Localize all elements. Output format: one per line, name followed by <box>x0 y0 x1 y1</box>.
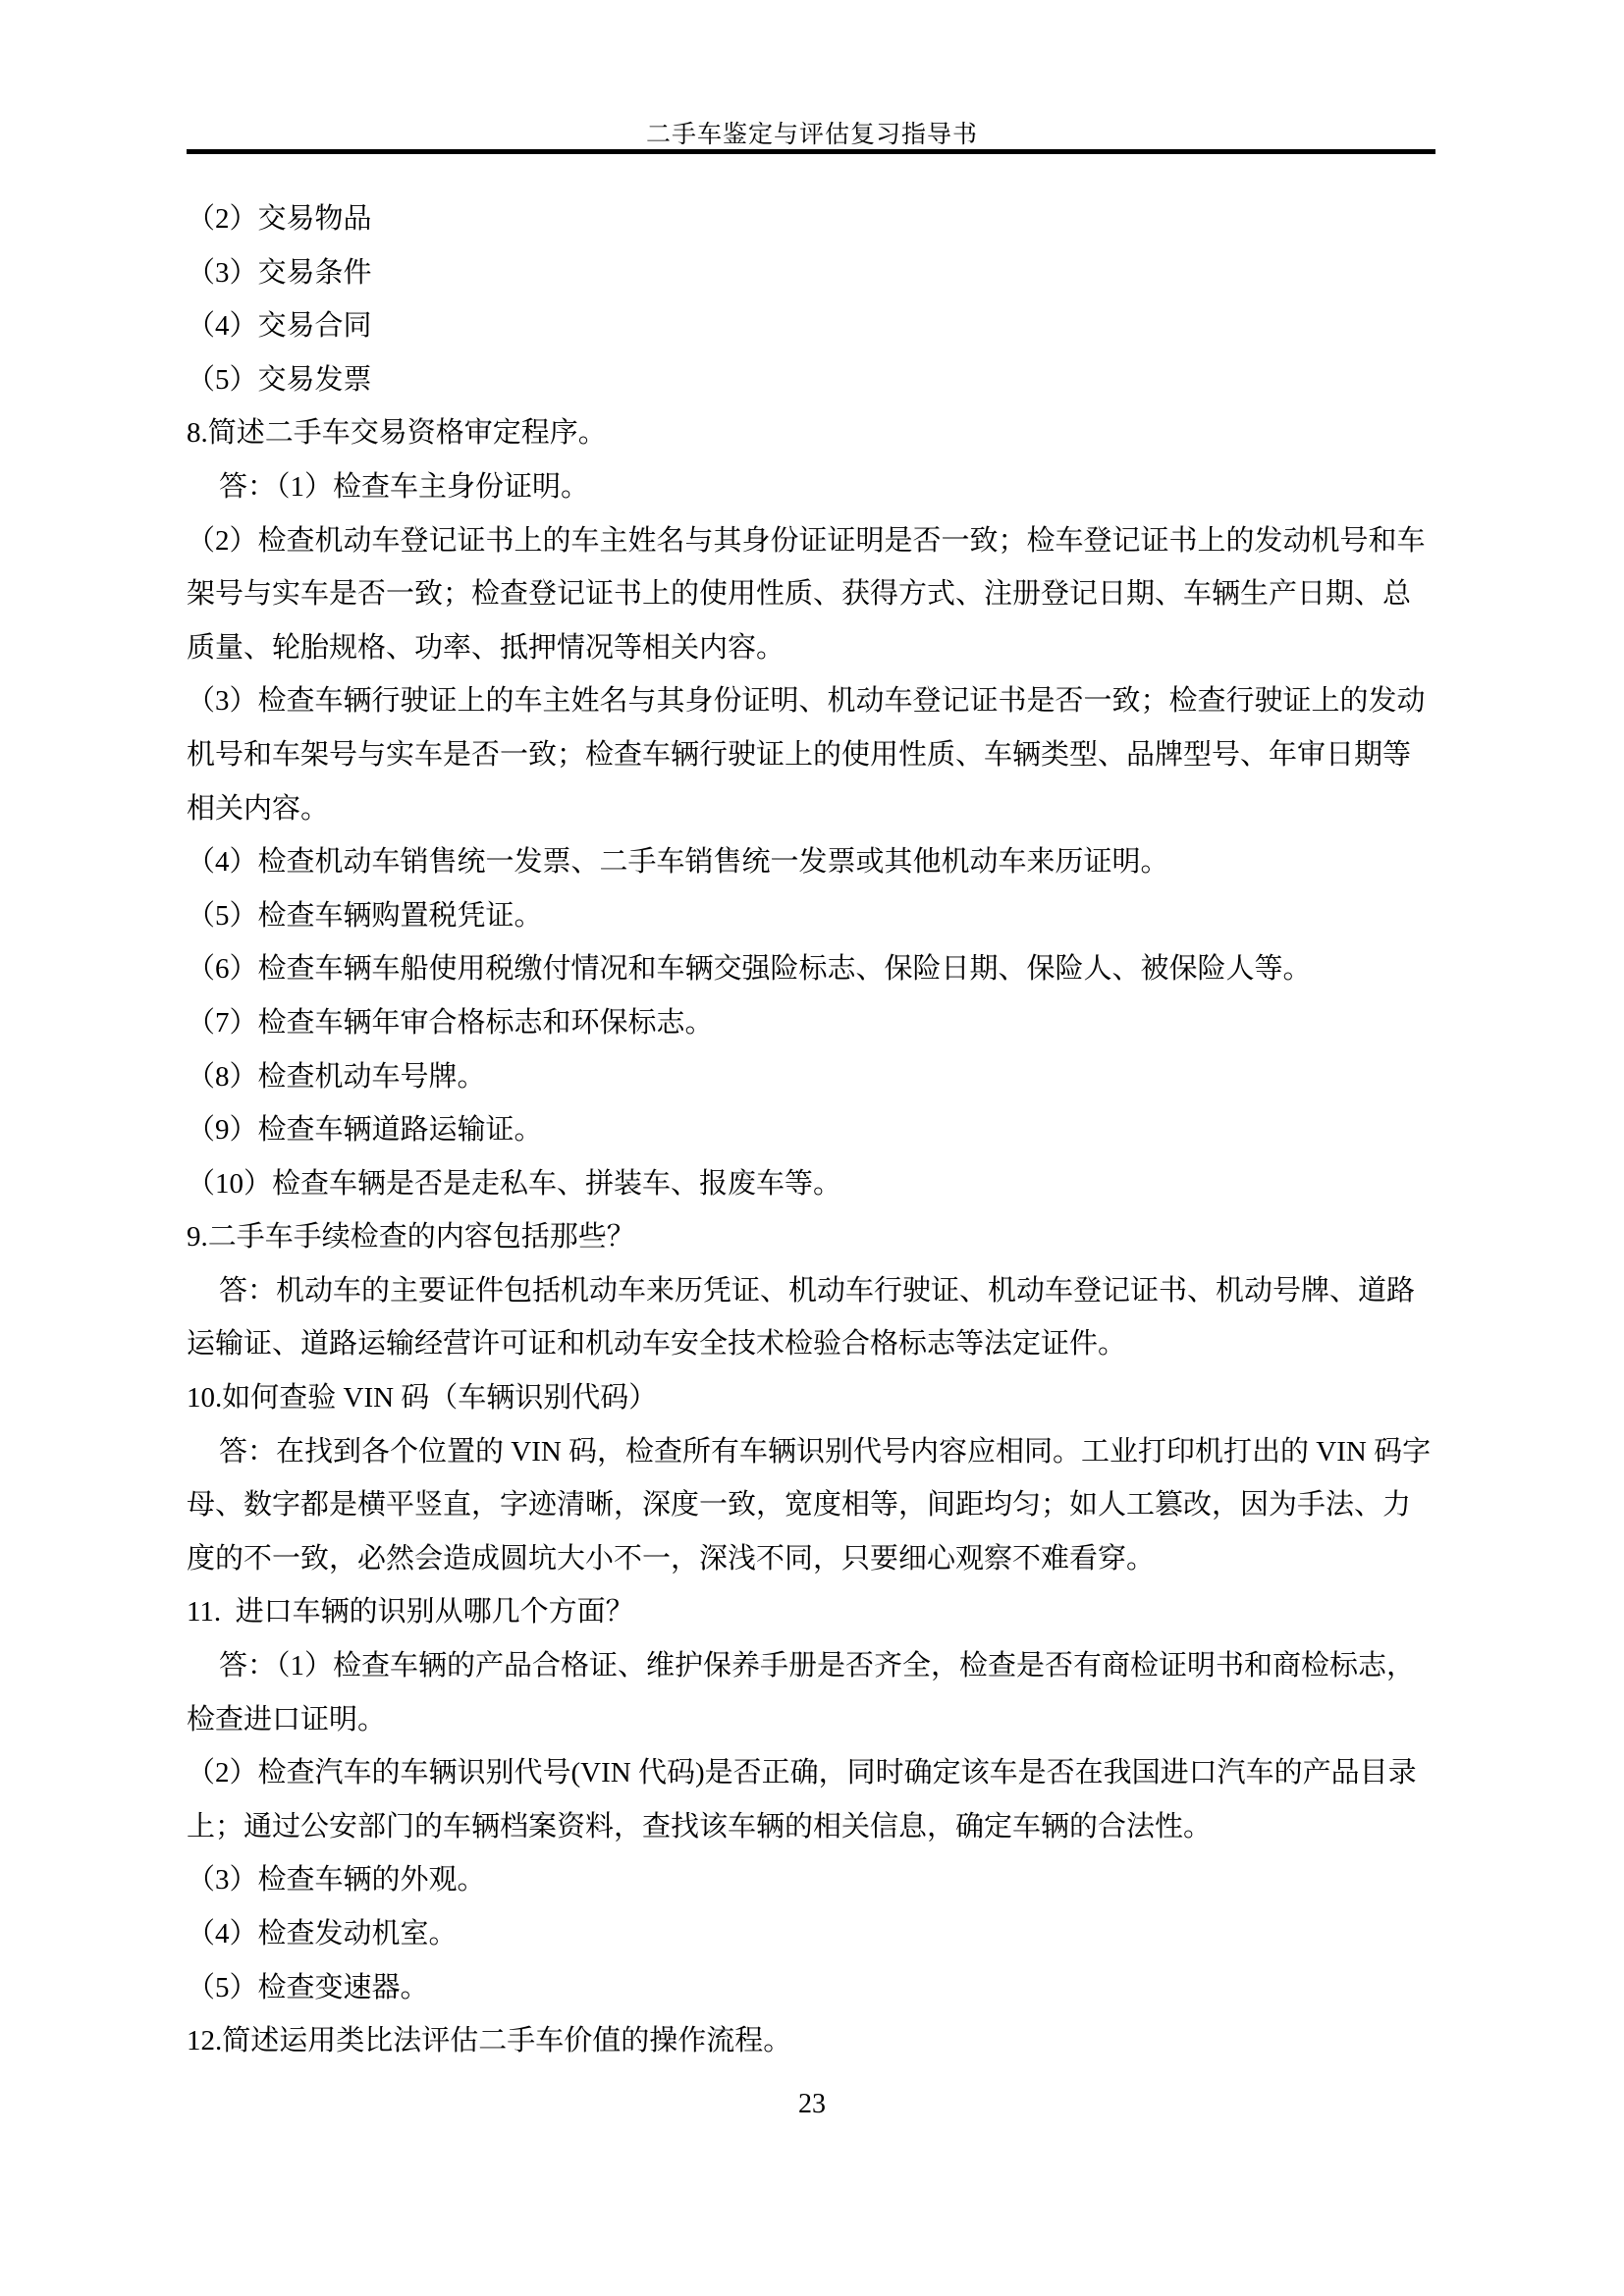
text-line: 11. 进口车辆的识别从哪几个方面？ <box>187 1585 1453 1639</box>
text-line: 运输证、道路运输经营许可证和机动车安全技术检验合格标志等法定证件。 <box>187 1317 1453 1371</box>
text-line: 检查进口证明。 <box>187 1693 1453 1747</box>
page-number: 23 <box>0 2089 1624 2120</box>
text-line: 答：机动车的主要证件包括机动车来历凭证、机动车行驶证、机动车登记证书、机动号牌、… <box>187 1264 1453 1318</box>
text-line: （3）检查车辆的外观。 <box>187 1853 1453 1907</box>
text-line: （4）检查发动机室。 <box>187 1907 1453 1961</box>
text-line: 9.二手车手续检查的内容包括那些？ <box>187 1210 1453 1264</box>
text-line: 架号与实车是否一致；检查登记证书上的使用性质、获得方式、注册登记日期、车辆生产日… <box>187 567 1453 621</box>
running-head-title: 二手车鉴定与评估复习指导书 <box>0 115 1624 150</box>
header-rule <box>187 149 1435 154</box>
text-line: 10.如何查验 VIN 码（车辆识别代码） <box>187 1371 1453 1425</box>
text-line: （4）检查机动车销售统一发票、二手车销售统一发票或其他机动车来历证明。 <box>187 835 1453 889</box>
text-line: （2）检查机动车登记证书上的车主姓名与其身份证证明是否一致；检车登记证书上的发动… <box>187 514 1453 568</box>
text-line: （9）检查车辆道路运输证。 <box>187 1103 1453 1157</box>
text-line: （4）交易合同 <box>187 299 1453 353</box>
text-line: 上；通过公安部门的车辆档案资料，查找该车辆的相关信息，确定车辆的合法性。 <box>187 1800 1453 1854</box>
text-line: 12.简述运用类比法评估二手车价值的操作流程。 <box>187 2014 1453 2068</box>
text-line: 8.简述二手车交易资格审定程序。 <box>187 406 1453 460</box>
text-line: 答：（1）检查车主身份证明。 <box>187 460 1453 514</box>
text-line: （7）检查车辆年审合格标志和环保标志。 <box>187 996 1453 1050</box>
text-line: （8）检查机动车号牌。 <box>187 1050 1453 1104</box>
text-line: （5）检查变速器。 <box>187 1961 1453 2015</box>
text-line: （3）交易条件 <box>187 246 1453 300</box>
text-line: （2）交易物品 <box>187 192 1453 246</box>
document-page: 二手车鉴定与评估复习指导书 （2）交易物品（3）交易条件（4）交易合同（5）交易… <box>0 0 1624 2296</box>
text-line: 质量、轮胎规格、功率、抵押情况等相关内容。 <box>187 621 1453 675</box>
text-line: 度的不一致，必然会造成圆坑大小不一，深浅不同，只要细心观察不难看穿。 <box>187 1532 1453 1586</box>
text-line: （5）交易发票 <box>187 353 1453 407</box>
document-body: （2）交易物品（3）交易条件（4）交易合同（5）交易发票8.简述二手车交易资格审… <box>187 192 1453 2068</box>
text-line: （10）检查车辆是否是走私车、拼装车、报废车等。 <box>187 1157 1453 1211</box>
text-line: （2）检查汽车的车辆识别代号(VIN 代码)是否正确，同时确定该车是否在我国进口… <box>187 1746 1453 1800</box>
text-line: 母、数字都是横平竖直，字迹清晰，深度一致，宽度相等，间距均匀；如人工篡改，因为手… <box>187 1478 1453 1532</box>
text-line: （5）检查车辆购置税凭证。 <box>187 889 1453 943</box>
text-line: （3）检查车辆行驶证上的车主姓名与其身份证明、机动车登记证书是否一致；检查行驶证… <box>187 674 1453 728</box>
text-line: 相关内容。 <box>187 782 1453 836</box>
text-line: （6）检查车辆车船使用税缴付情况和车辆交强险标志、保险日期、保险人、被保险人等。 <box>187 942 1453 996</box>
text-line: 答：（1）检查车辆的产品合格证、维护保养手册是否齐全，检查是否有商检证明书和商检… <box>187 1639 1453 1693</box>
text-line: 机号和车架号与实车是否一致；检查车辆行驶证上的使用性质、车辆类型、品牌型号、年审… <box>187 728 1453 782</box>
text-line: 答：在找到各个位置的 VIN 码，检查所有车辆识别代号内容应相同。工业打印机打出… <box>187 1425 1453 1479</box>
